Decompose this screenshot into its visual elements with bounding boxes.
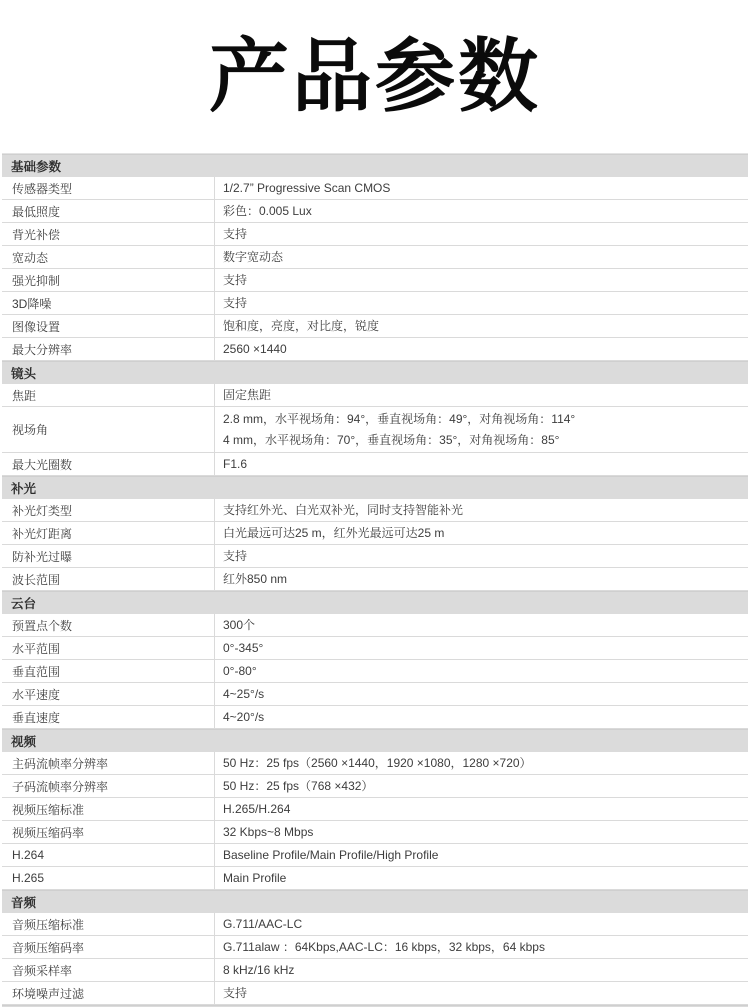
row-value: G.711/AAC-LC [215, 913, 748, 935]
row-value: Baseline Profile/Main Profile/High Profi… [215, 844, 748, 866]
row-value: 支持 [215, 545, 748, 567]
section-header-label: 基础参数 [11, 157, 61, 175]
row-value: 饱和度，亮度，对比度，锐度 [215, 315, 748, 337]
table-row: 最大光圈数 F1.6 [2, 453, 748, 476]
row-value: 支持 [215, 982, 748, 1004]
table-row: 垂直范围 0°-80° [2, 660, 748, 683]
row-label: 水平速度 [2, 683, 215, 705]
row-label: 强光抑制 [2, 269, 215, 291]
row-value: 50 Hz：25 fps（768 ×432） [215, 775, 748, 797]
row-label: 垂直速度 [2, 706, 215, 728]
section-header-label: 云台 [11, 594, 36, 612]
table-row: 水平速度 4~25°/s [2, 683, 748, 706]
row-label: 子码流帧率分辨率 [2, 775, 215, 797]
table-row: 视频压缩码率 32 Kbps~8 Mbps [2, 821, 748, 844]
table-row: 主码流帧率分辨率 50 Hz：25 fps（2560 ×1440，1920 ×1… [2, 752, 748, 775]
row-value: 4~20°/s [215, 706, 748, 728]
section-header-video: 视频 [2, 729, 748, 752]
title-area: 产品参数 [0, 0, 750, 153]
row-label: 垂直范围 [2, 660, 215, 682]
table-row: 视频压缩标准 H.265/H.264 [2, 798, 748, 821]
row-label: 视频压缩码率 [2, 821, 215, 843]
row-value: G.711alaw ：64Kbps,AAC-LC：16 kbps，32 kbps… [215, 936, 748, 958]
section-header-basic-params: 基础参数 [2, 154, 748, 177]
row-value: 2560 ×1440 [215, 338, 748, 360]
row-label: 焦距 [2, 384, 215, 406]
row-value: 2.8 mm，水平视场角：94°，垂直视场角：49°，对角视场角：114° 4 … [215, 407, 748, 452]
table-row: 最低照度 彩色：0.005 Lux [2, 200, 748, 223]
row-value: 50 Hz：25 fps（2560 ×1440，1920 ×1080，1280 … [215, 752, 748, 774]
row-label: 音频采样率 [2, 959, 215, 981]
table-row: 音频压缩码率 G.711alaw ：64Kbps,AAC-LC：16 kbps，… [2, 936, 748, 959]
table-row: 补光灯距离 白光最远可达25 m，红外光最远可达25 m [2, 522, 748, 545]
row-label: 音频压缩标准 [2, 913, 215, 935]
row-value: 0°-80° [215, 660, 748, 682]
table-row: 水平范围 0°-345° [2, 637, 748, 660]
section-header-label: 镜头 [11, 364, 36, 382]
row-label: 主码流帧率分辨率 [2, 752, 215, 774]
table-row: 防补光过曝 支持 [2, 545, 748, 568]
row-label: 最大光圈数 [2, 453, 215, 475]
row-value: 支持 [215, 269, 748, 291]
row-label: 视场角 [2, 407, 215, 452]
row-label: 防补光过曝 [2, 545, 215, 567]
row-value: 红外850 nm [215, 568, 748, 590]
row-label: 传感器类型 [2, 177, 215, 199]
table-row: 环境噪声过滤 支持 [2, 982, 748, 1005]
row-label: 最低照度 [2, 200, 215, 222]
row-value: 4~25°/s [215, 683, 748, 705]
spec-table: 基础参数 传感器类型 1/2.7” Progressive Scan CMOS … [2, 153, 748, 1007]
row-label: 3D降噪 [2, 292, 215, 314]
table-row: 垂直速度 4~20°/s [2, 706, 748, 729]
table-row: 波长范围 红外850 nm [2, 568, 748, 591]
table-row: 补光灯类型 支持红外光、白光双补光，同时支持智能补光 [2, 499, 748, 522]
table-row: 音频采样率 8 kHz/16 kHz [2, 959, 748, 982]
table-row: 宽动态 数字宽动态 [2, 246, 748, 269]
table-row: 最大分辨率 2560 ×1440 [2, 338, 748, 361]
row-label: 图像设置 [2, 315, 215, 337]
row-label: 波长范围 [2, 568, 215, 590]
row-value: 支持 [215, 292, 748, 314]
row-label: 视频压缩标准 [2, 798, 215, 820]
row-value: 32 Kbps~8 Mbps [215, 821, 748, 843]
row-value: 支持红外光、白光双补光，同时支持智能补光 [215, 499, 748, 521]
table-row: 子码流帧率分辨率 50 Hz：25 fps（768 ×432） [2, 775, 748, 798]
page-title: 产品参数 [209, 37, 541, 117]
row-value: 固定焦距 [215, 384, 748, 406]
section-header-audio: 音频 [2, 890, 748, 913]
section-header-label: 补光 [11, 479, 36, 497]
row-value: H.265/H.264 [215, 798, 748, 820]
row-label: 补光灯类型 [2, 499, 215, 521]
table-row: 预置点个数 300个 [2, 614, 748, 637]
row-label: 环境噪声过滤 [2, 982, 215, 1004]
table-row: 图像设置 饱和度，亮度，对比度，锐度 [2, 315, 748, 338]
section-header-ptz: 云台 [2, 591, 748, 614]
row-value: 300个 [215, 614, 748, 636]
row-value: 8 kHz/16 kHz [215, 959, 748, 981]
row-value: 支持 [215, 223, 748, 245]
row-label: 补光灯距离 [2, 522, 215, 544]
row-label: 预置点个数 [2, 614, 215, 636]
row-label: 背光补偿 [2, 223, 215, 245]
row-label: 宽动态 [2, 246, 215, 268]
row-value: 0°-345° [215, 637, 748, 659]
table-row: 视场角 2.8 mm，水平视场角：94°，垂直视场角：49°，对角视场角：114… [2, 407, 748, 453]
section-header-label: 视频 [11, 732, 36, 750]
row-label: H.264 [2, 844, 215, 866]
table-row: 背光补偿 支持 [2, 223, 748, 246]
table-row: 传感器类型 1/2.7” Progressive Scan CMOS [2, 177, 748, 200]
row-value: 数字宽动态 [215, 246, 748, 268]
row-label: 最大分辨率 [2, 338, 215, 360]
row-value: 彩色：0.005 Lux [215, 200, 748, 222]
table-row: 音频压缩标准 G.711/AAC-LC [2, 913, 748, 936]
table-row: 焦距 固定焦距 [2, 384, 748, 407]
row-label: H.265 [2, 867, 215, 889]
table-row: 强光抑制 支持 [2, 269, 748, 292]
table-row: H.264 Baseline Profile/Main Profile/High… [2, 844, 748, 867]
row-value: F1.6 [215, 453, 748, 475]
product-spec-page: 产品参数 基础参数 传感器类型 1/2.7” Progressive Scan … [0, 0, 750, 1007]
row-label: 水平范围 [2, 637, 215, 659]
row-label: 音频压缩码率 [2, 936, 215, 958]
table-row: 3D降噪 支持 [2, 292, 748, 315]
section-header-label: 音频 [11, 893, 36, 911]
section-header-fill-light: 补光 [2, 476, 748, 499]
table-row: H.265 Main Profile [2, 867, 748, 890]
section-header-lens: 镜头 [2, 361, 748, 384]
row-value: 1/2.7” Progressive Scan CMOS [215, 177, 748, 199]
row-value: 白光最远可达25 m，红外光最远可达25 m [215, 522, 748, 544]
row-value: Main Profile [215, 867, 748, 889]
